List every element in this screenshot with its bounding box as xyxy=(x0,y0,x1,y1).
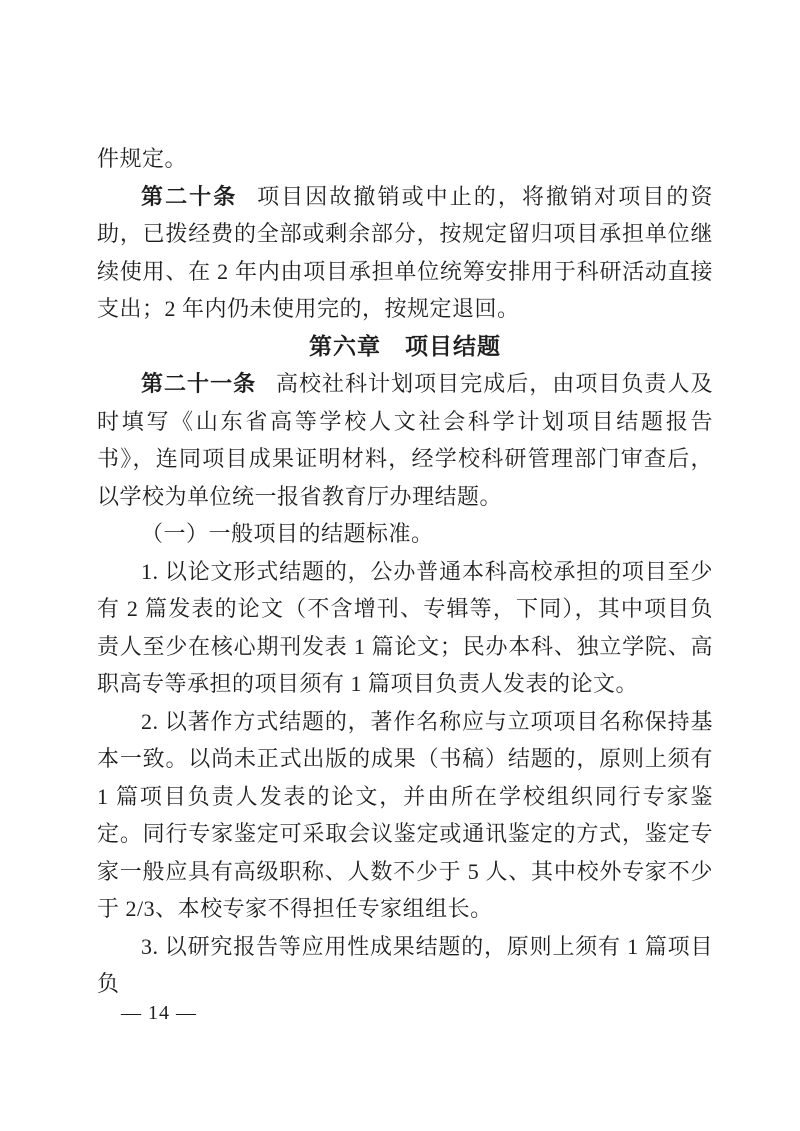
article-21-paragraph: 第二十一条高校社科计划项目完成后，由项目负责人及时填写《山东省高等学校人文社会科… xyxy=(97,365,713,515)
item-general-paragraph: （一）一般项目的结题标准。 xyxy=(97,515,713,553)
document-page: 件规定。 第二十条项目因故撤销或中止的，将撤销对项目的资助，已拨经费的全部或剩余… xyxy=(0,0,800,1131)
chapter-heading: 第六章 项目结题 xyxy=(97,328,713,366)
item-1-paragraph: 1. 以论文形式结题的，公办普通本科高校承担的项目至少有 2 篇发表的论文（不含… xyxy=(97,553,713,703)
paragraph-continuation: 件规定。 xyxy=(97,140,713,178)
item-2-paragraph: 2. 以著作方式结题的，著作名称应与立项项目名称保持基本一致。以尚未正式出版的成… xyxy=(97,703,713,928)
article-20-paragraph: 第二十条项目因故撤销或中止的，将撤销对项目的资助，已拨经费的全部或剩余部分，按规… xyxy=(97,178,713,328)
item-3-paragraph: 3. 以研究报告等应用性成果结题的，原则上须有 1 篇项目负 xyxy=(97,928,713,1003)
page-number: — 14 — xyxy=(121,1001,197,1025)
article-20-term: 第二十条 xyxy=(141,184,237,209)
document-body: 件规定。 第二十条项目因故撤销或中止的，将撤销对项目的资助，已拨经费的全部或剩余… xyxy=(97,140,713,1003)
article-21-term: 第二十一条 xyxy=(141,371,256,396)
